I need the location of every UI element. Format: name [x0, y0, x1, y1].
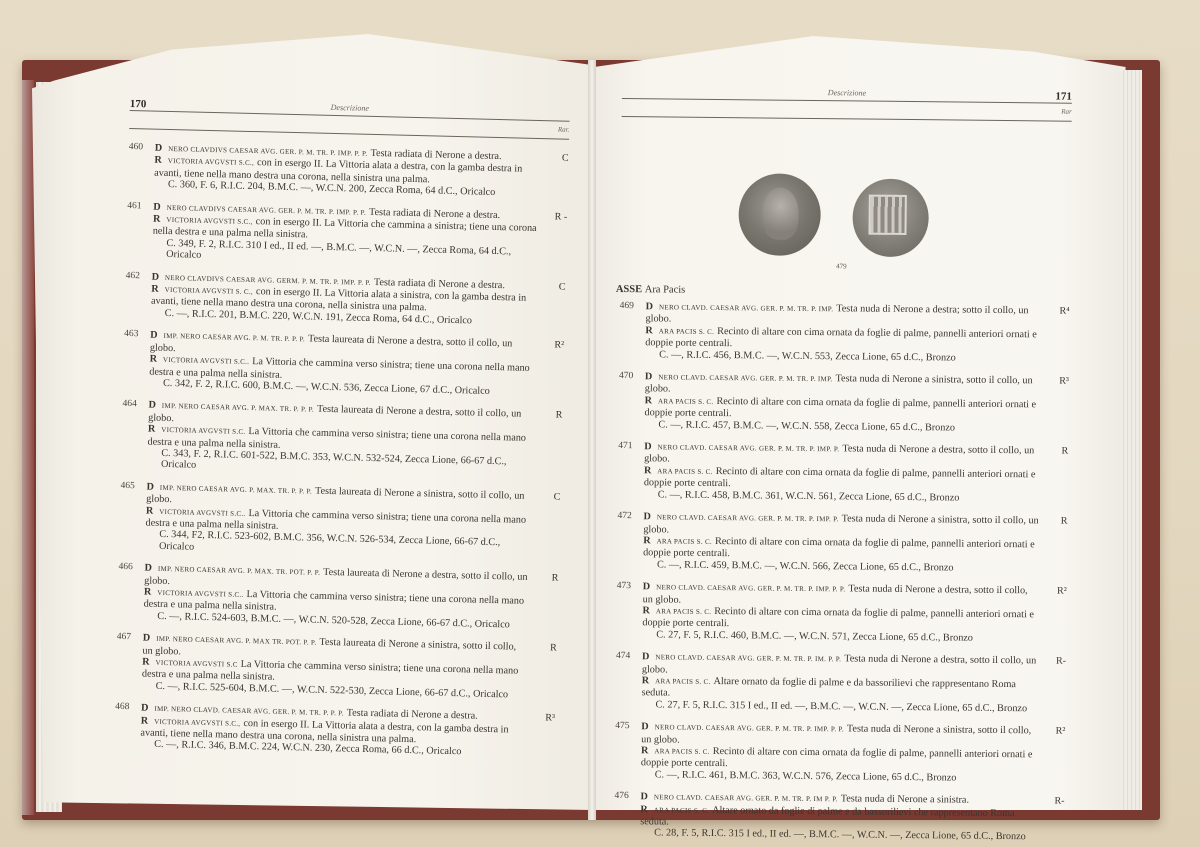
catalog-entry: 467RDIMP. NERO CAESAR AVG. P. MAX TR. PO… [116, 632, 557, 702]
reverse-label: R [642, 675, 649, 686]
rarity-value: C [554, 491, 561, 503]
page-number: 170 [130, 98, 147, 110]
reverse-label: R [142, 656, 150, 667]
page-number: 171 [1055, 91, 1072, 103]
coin-figure: 479 [620, 120, 1072, 275]
catalog-entries: 460CDNERO CLAVDIVS CAESAR AVG. GER. P. M… [114, 142, 569, 760]
obverse-legend: NERO CLAVD. CAESAR AVG. GER. P. M. TR. P… [655, 654, 841, 664]
catalog-entry: 463R²DIMP. NERO CAESAR AVG. P. M. TR. P.… [123, 329, 564, 399]
catalog-entry: 473R²DNERO CLAVD. CAESAR AVG. GER. P. M.… [616, 581, 1067, 645]
reverse-legend: ARA PACIS S. C. [659, 327, 714, 336]
obverse-legend: IMP. NERO CAESAR AVG. P. MAX. TR. P. P. … [160, 484, 312, 496]
reverse-legend: ARA PACIS S. C. [654, 806, 709, 815]
catalog-entry: 474R-DNERO CLAVD. CAESAR AVG. GER. P. M.… [615, 651, 1066, 715]
section-title: ASSE [616, 284, 642, 295]
entry-number: 460 [129, 142, 144, 154]
catalog-entry: 460CDNERO CLAVDIVS CAESAR AVG. GER. P. M… [128, 142, 569, 200]
obverse-label: D [640, 791, 647, 802]
catalog-entry: 470R³DNERO CLAVD. CAESAR AVG. GER. P. M.… [618, 371, 1069, 435]
obverse-label: D [642, 651, 649, 662]
obverse-legend: IMP. NERO CAESAR AVG. P. MAX. TR. POT. P… [158, 565, 321, 577]
catalog-entry: 475R²DNERO CLAVD. CAESAR AVG. GER. P. M.… [615, 721, 1066, 785]
catalog-entry: 472RDNERO CLAVD. CAESAR AVG. GER. P. M. … [617, 511, 1068, 575]
header-rule [622, 98, 1072, 104]
entry-number: 462 [126, 271, 141, 283]
obverse-legend: NERO CLAVD. CAESAR AVG. GER. P. M. TR. P… [655, 724, 844, 734]
obverse-label: D [643, 581, 650, 592]
obverse-description: Testa nuda di Nerone a sinistra. [841, 794, 969, 806]
reverse-line: RARA PACIS S. C.Recinto di altare con ci… [645, 325, 1041, 353]
reverse-legend: ARA PACIS S. C. [657, 537, 712, 546]
catalog-entry: 466RDIMP. NERO CAESAR AVG. P. MAX. TR. P… [117, 562, 558, 632]
entry-number: 475 [615, 721, 629, 733]
reverse-legend: VICTORIA AVGVSTI S.C.. [157, 589, 243, 599]
rarity-value: R [552, 573, 559, 585]
reverse-legend: ARA PACIS S. C. [655, 677, 710, 686]
obverse-label: D [645, 371, 652, 382]
page-stack-right [1120, 70, 1142, 810]
reverse-label: R [141, 715, 149, 726]
obverse-legend: NERO CLAVD. CAESAR AVG. GER. P. M. TR. P… [658, 373, 832, 383]
catalog-entry: 462CDNERO CLAVDIVS CAESAR AVG. GERM. P. … [125, 271, 566, 329]
rarity-value: R³ [1059, 376, 1069, 388]
obverse-label: D [641, 721, 648, 732]
catalog-entry: 469R⁴DNERO CLAVD. CAESAR AVG. GER. P. M.… [619, 301, 1070, 365]
entry-number: 465 [120, 481, 135, 493]
obverse-legend: NERO CLAVD. CAESAR AVG. GER. P. M. TR. P… [659, 303, 833, 313]
catalog-entry: 471RDNERO CLAVD. CAESAR AVG. GER. P. M. … [618, 441, 1069, 505]
reverse-label: R [645, 325, 652, 336]
entry-number: 472 [617, 511, 631, 523]
reverse-legend: ARA PACIS S. C. [656, 607, 711, 616]
running-head: Descrizione 171 Rar [622, 86, 1072, 125]
obverse-label: D [144, 563, 152, 574]
obverse-label: D [150, 330, 158, 341]
obverse-legend: NERO CLAVD. CAESAR AVG. GER. P. M. TR. P… [658, 443, 840, 453]
obverse-label: D [146, 481, 154, 492]
reverse-label: R [148, 424, 156, 435]
reverse-label: R [643, 535, 650, 546]
catalog-entry: 464RDIMP. NERO CAESAR AVG. P. MAX. TR. P… [121, 399, 563, 480]
reverse-legend: ARA PACIS S. C. [657, 467, 712, 476]
obverse-label: D [153, 201, 161, 212]
entry-number: 464 [122, 399, 137, 411]
entry-number: 471 [618, 441, 632, 453]
rarity-value: C [562, 153, 569, 165]
rarity-value: R² [554, 340, 564, 352]
coin-obverse-image [738, 173, 821, 256]
reverse-label: R [151, 284, 159, 295]
reverse-label: R [144, 586, 152, 597]
portrait-head [762, 187, 799, 239]
obverse-legend: IMP. NERO CAESAR AVG. P. MAX. TR. P. P. … [162, 402, 314, 414]
catalog-entry: 465CDIMP. NERO CAESAR AVG. P. MAX. TR. P… [119, 481, 561, 562]
right-page-content: Descrizione 171 Rar 479 ASSE Ara Pacis 4… [614, 86, 1072, 847]
obverse-label: D [644, 441, 651, 452]
entry-number: 466 [118, 562, 133, 574]
entry-number: 469 [620, 301, 634, 313]
rarity-value: R² [1057, 586, 1067, 598]
reverse-legend: VICTORIA AVGVSTI S.C., [168, 157, 254, 167]
rarity-value: R³ [545, 713, 555, 725]
reverse-legend: VICTORIA AVGVSTI S.C. [161, 426, 245, 436]
obverse-label: D [643, 511, 650, 522]
rarity-value: R [1061, 446, 1068, 457]
obverse-label: D [148, 400, 156, 411]
reverse-legend: VICTORIA AVGVSTI S.C [155, 659, 237, 669]
reverse-label: R [154, 155, 162, 166]
catalog-entry: 461R -DNERO CLAVDIVS CAESAR AVG. GER. P.… [126, 201, 567, 271]
obverse-legend: NERO CLAVD. CAESAR AVG. GER. P. M. TR. P… [656, 584, 845, 594]
running-title: Descrizione [828, 88, 866, 97]
reverse-legend: VICTORIA AVGVSTI S.C.. [163, 356, 249, 366]
entry-number: 470 [619, 371, 633, 383]
catalog-entry: 468R³DIMP. NERO CLAVD. CAESAR AVG. GER. … [114, 702, 555, 760]
section-heading: ASSE Ara Pacis [616, 284, 1070, 300]
entry-number: 476 [614, 791, 628, 803]
reverse-legend: VICTORIA AVGVSTI S. C., [165, 286, 253, 296]
obverse-legend: NERO CLAVD. CAESAR AVG. GER. P. M. TR. P… [657, 513, 839, 523]
coin-reverse-image [852, 178, 929, 257]
obverse-label: D [143, 633, 151, 644]
rarity-value: R- [1054, 796, 1064, 808]
reverse-line: RARA PACIS S. C.Recinto di altare con ci… [645, 395, 1041, 423]
left-page-content: 170 Descrizione Rar. 460CDNERO CLAVDIVS … [114, 98, 570, 771]
reverse-legend: VICTORIA AVGVSTI S.C., [166, 216, 252, 226]
catalog-entries: 469R⁴DNERO CLAVD. CAESAR AVG. GER. P. M.… [614, 301, 1070, 844]
rarity-value: R² [1056, 726, 1066, 738]
reverse-legend: VICTORIA AVGVSTI S.C., [154, 717, 240, 727]
obverse-legend: IMP. NERO CAESAR AVG. P. M. TR. P. P. P. [163, 332, 305, 343]
rarity-column-label: Rar. [558, 125, 570, 133]
figure-caption: 479 [836, 262, 847, 270]
entry-number: 467 [117, 632, 132, 644]
reverse-label: R [149, 354, 157, 365]
reverse-label: R [640, 804, 647, 815]
entry-number: 461 [127, 201, 142, 213]
rarity-value: R [1061, 516, 1068, 527]
entry-number: 463 [124, 329, 139, 341]
reverse-label: R [641, 745, 648, 756]
section-subtitle: Ara Pacis [645, 284, 686, 295]
reverse-label: R [644, 465, 651, 476]
entry-number: 473 [617, 581, 631, 593]
rarity-value: R⁴ [1059, 306, 1069, 318]
reverse-label: R [146, 505, 154, 516]
book-gutter [588, 60, 596, 820]
entry-number: 468 [115, 702, 130, 714]
obverse-label: D [155, 143, 163, 154]
rarity-value: R [550, 643, 557, 655]
ara-pacis-altar [868, 195, 906, 235]
reverse-legend: VICTORIA AVGVSTI S.C.. [159, 507, 245, 517]
entry-number: 474 [616, 651, 630, 663]
reverse-label: R [645, 395, 652, 406]
reverse-legend: ARA PACIS S. C. [654, 747, 709, 756]
obverse-label: D [152, 271, 160, 282]
rarity-value: R - [555, 211, 568, 223]
rarity-value: C [559, 281, 566, 293]
obverse-label: D [141, 703, 149, 714]
book-cover-edge [22, 80, 34, 815]
obverse-label: D [646, 301, 653, 312]
running-title: Descrizione [331, 103, 369, 113]
reverse-label: R [153, 214, 161, 225]
obverse-legend: NERO CLAVD. CAESAR AVG. GER. P. M. TR. P… [654, 794, 838, 804]
rarity-value: R [556, 410, 563, 422]
rarity-value: R- [1056, 656, 1066, 668]
catalog-entry: 476R-DNERO CLAVD. CAESAR AVG. GER. P. M.… [614, 791, 1064, 843]
rarity-column-label: Rar [1061, 108, 1072, 116]
reverse-legend: ARA PACIS S. C. [658, 397, 713, 406]
reverse-label: R [642, 605, 649, 616]
